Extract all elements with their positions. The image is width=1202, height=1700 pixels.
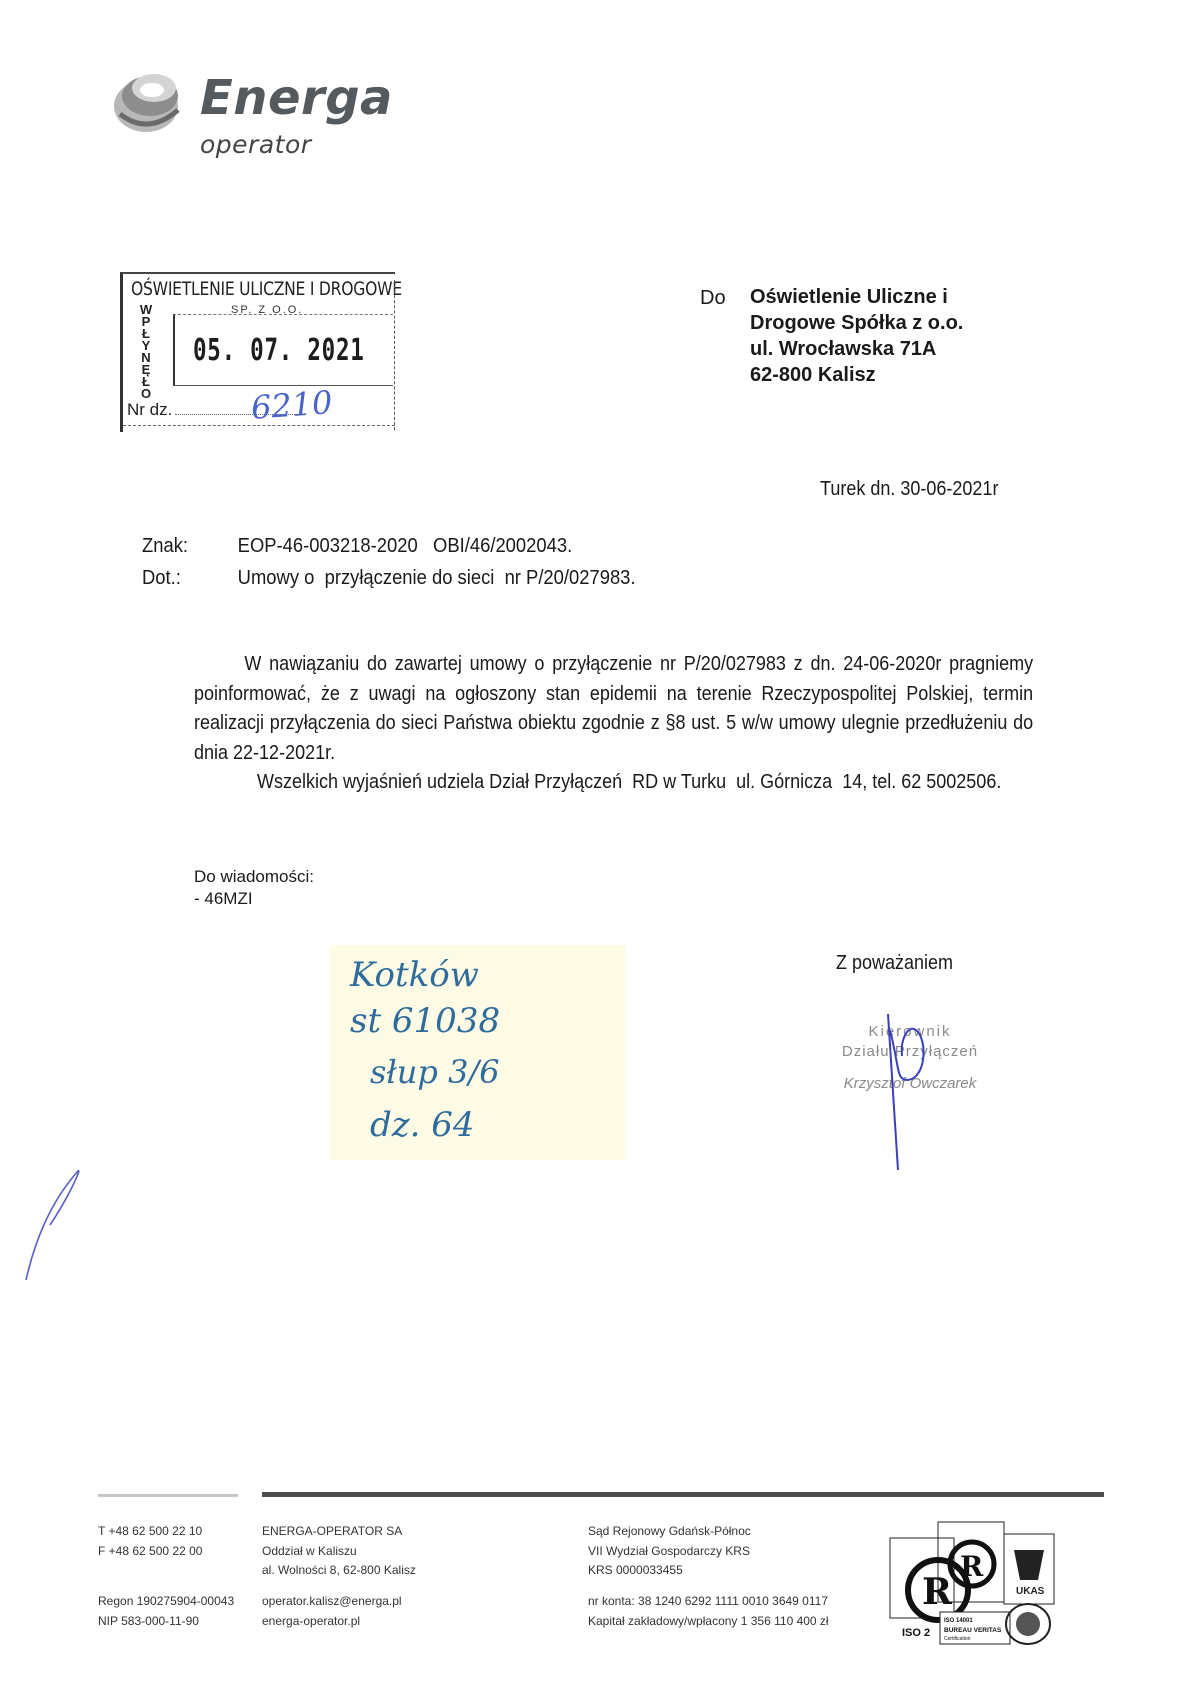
body-paragraph: Wszelkich wyjaśnień udziela Dział Przyłą… xyxy=(194,768,1033,798)
footer-contact: T +48 62 500 22 10 F +48 62 500 22 00 xyxy=(98,1522,202,1561)
footer-capital: Kapitał zakładowy/wpłacony 1 356 110 400… xyxy=(588,1612,829,1632)
footer-division: VII Wydział Gospodarczy KRS xyxy=(588,1542,751,1562)
footer-address: al. Wolności 8, 62-800 Kalisz xyxy=(262,1561,416,1581)
footer-account: nr konta: 38 1240 6292 1111 0010 3649 01… xyxy=(588,1592,829,1612)
dot-value: Umowy o przyłączenie do sieci nr P/20/02… xyxy=(238,562,636,594)
note-line: st 61038 xyxy=(350,1001,500,1041)
cc-item: - 46MZI xyxy=(194,888,314,910)
svg-text:R: R xyxy=(960,1550,984,1583)
cc-label: Do wiadomości: xyxy=(194,866,314,888)
footer-rule-main xyxy=(262,1492,1104,1497)
stamp-date-box: 05. 07. 2021 xyxy=(173,314,393,386)
footer-fax: F +48 62 500 22 00 xyxy=(98,1542,202,1562)
stamp-handwritten-number: 6210 xyxy=(250,383,334,427)
footer-court-name: Sąd Rejonowy Gdańsk-Północ xyxy=(588,1522,751,1542)
footer-rule-left xyxy=(98,1494,238,1497)
note-line: dz. 64 xyxy=(370,1105,475,1145)
znak-label: Znak: xyxy=(142,530,238,562)
closing-salutation: Z poważaniem xyxy=(836,952,953,975)
znak-value: EOP-46-003218-2020 OBI/46/2002043. xyxy=(238,530,573,562)
recipient-line: Oświetlenie Uliczne i xyxy=(750,284,963,310)
note-line: słup 3/6 xyxy=(370,1053,500,1091)
footer-nip: NIP 583-000-11-90 xyxy=(98,1612,234,1632)
cc-block: Do wiadomości: - 46MZI xyxy=(194,866,314,910)
svg-text:Certification: Certification xyxy=(944,1636,971,1642)
recipient-line: 62-800 Kalisz xyxy=(750,362,963,388)
signature-icon xyxy=(870,1010,950,1170)
logo-subtitle: operator xyxy=(200,130,312,159)
footer-krs: KRS 0000033455 xyxy=(588,1561,751,1581)
reference-znak-row: Znak: EOP-46-003218-2020 OBI/46/2002043. xyxy=(142,530,636,562)
stamp-nr-label: Nr dz. xyxy=(127,400,172,420)
reference-block: Znak: EOP-46-003218-2020 OBI/46/2002043.… xyxy=(142,530,678,594)
stamp-heading: OŚWIETLENIE ULICZNE I DROGOWE xyxy=(131,278,402,300)
footer-branch: Oddział w Kaliszu xyxy=(262,1542,416,1562)
footer-ids: Regon 190275904-00043 NIP 583-000-11-90 xyxy=(98,1592,234,1631)
footer-website[interactable]: energa-operator.pl xyxy=(262,1612,402,1632)
footer-phone: T +48 62 500 22 10 xyxy=(98,1522,202,1542)
received-stamp: OŚWIETLENIE ULICZNE I DROGOWE SP. Z O.O.… xyxy=(120,272,395,432)
pen-mark-icon xyxy=(20,1165,90,1285)
body-paragraph: W nawiązaniu do zawartej umowy o przyłąc… xyxy=(194,650,1033,768)
letter-body: W nawiązaniu do zawartej umowy o przyłąc… xyxy=(194,650,1034,798)
footer-company: ENERGA-OPERATOR SA Oddział w Kaliszu al.… xyxy=(262,1522,416,1581)
sticky-note: Kotków st 61038 słup 3/6 dz. 64 xyxy=(330,945,626,1160)
stamp-bottom-edge xyxy=(123,425,395,426)
stamp-date: 05. 07. 2021 xyxy=(193,333,365,368)
footer-email[interactable]: operator.kalisz@energa.pl xyxy=(262,1592,402,1612)
energa-swirl-icon xyxy=(108,62,188,142)
recipient-label: Do xyxy=(700,287,726,310)
stamp-vertical-label: WPŁYNĘŁO xyxy=(139,304,153,400)
svg-text:ISO 14001: ISO 14001 xyxy=(944,1618,973,1624)
stamp-right-edge xyxy=(394,280,395,430)
svg-text:UKAS: UKAS xyxy=(1016,1586,1045,1597)
place-date: Turek dn. 30-06-2021r xyxy=(820,478,998,501)
recipient-line: Drogowe Spółka z o.o. xyxy=(750,310,963,336)
recipient-line: ul. Wrocławska 71A xyxy=(750,336,963,362)
svg-text:R: R xyxy=(922,1571,953,1613)
dot-label: Dot.: xyxy=(142,562,238,594)
footer-court: Sąd Rejonowy Gdańsk-Północ VII Wydział G… xyxy=(588,1522,751,1581)
svg-text:ISO 2: ISO 2 xyxy=(902,1627,930,1639)
footer-company-name: ENERGA-OPERATOR SA xyxy=(262,1522,416,1542)
svg-text:BUREAU VERITAS: BUREAU VERITAS xyxy=(944,1627,1002,1634)
logo-brand: Energa xyxy=(200,70,393,126)
energa-operator-logo: Energa operator xyxy=(108,62,398,172)
footer-bank: nr konta: 38 1240 6292 1111 0010 3649 01… xyxy=(588,1592,829,1631)
reference-dot-row: Dot.: Umowy o przyłączenie do sieci nr P… xyxy=(142,562,636,594)
certification-logos-icon: R R UKAS ISO 14001 BUREAU VERITAS Certif… xyxy=(888,1520,1056,1645)
footer-web: operator.kalisz@energa.pl energa-operato… xyxy=(262,1592,402,1631)
note-line: Kotków xyxy=(350,955,479,995)
footer-regon: Regon 190275904-00043 xyxy=(98,1592,234,1612)
recipient-address: Oświetlenie Uliczne i Drogowe Spółka z o… xyxy=(750,284,963,388)
